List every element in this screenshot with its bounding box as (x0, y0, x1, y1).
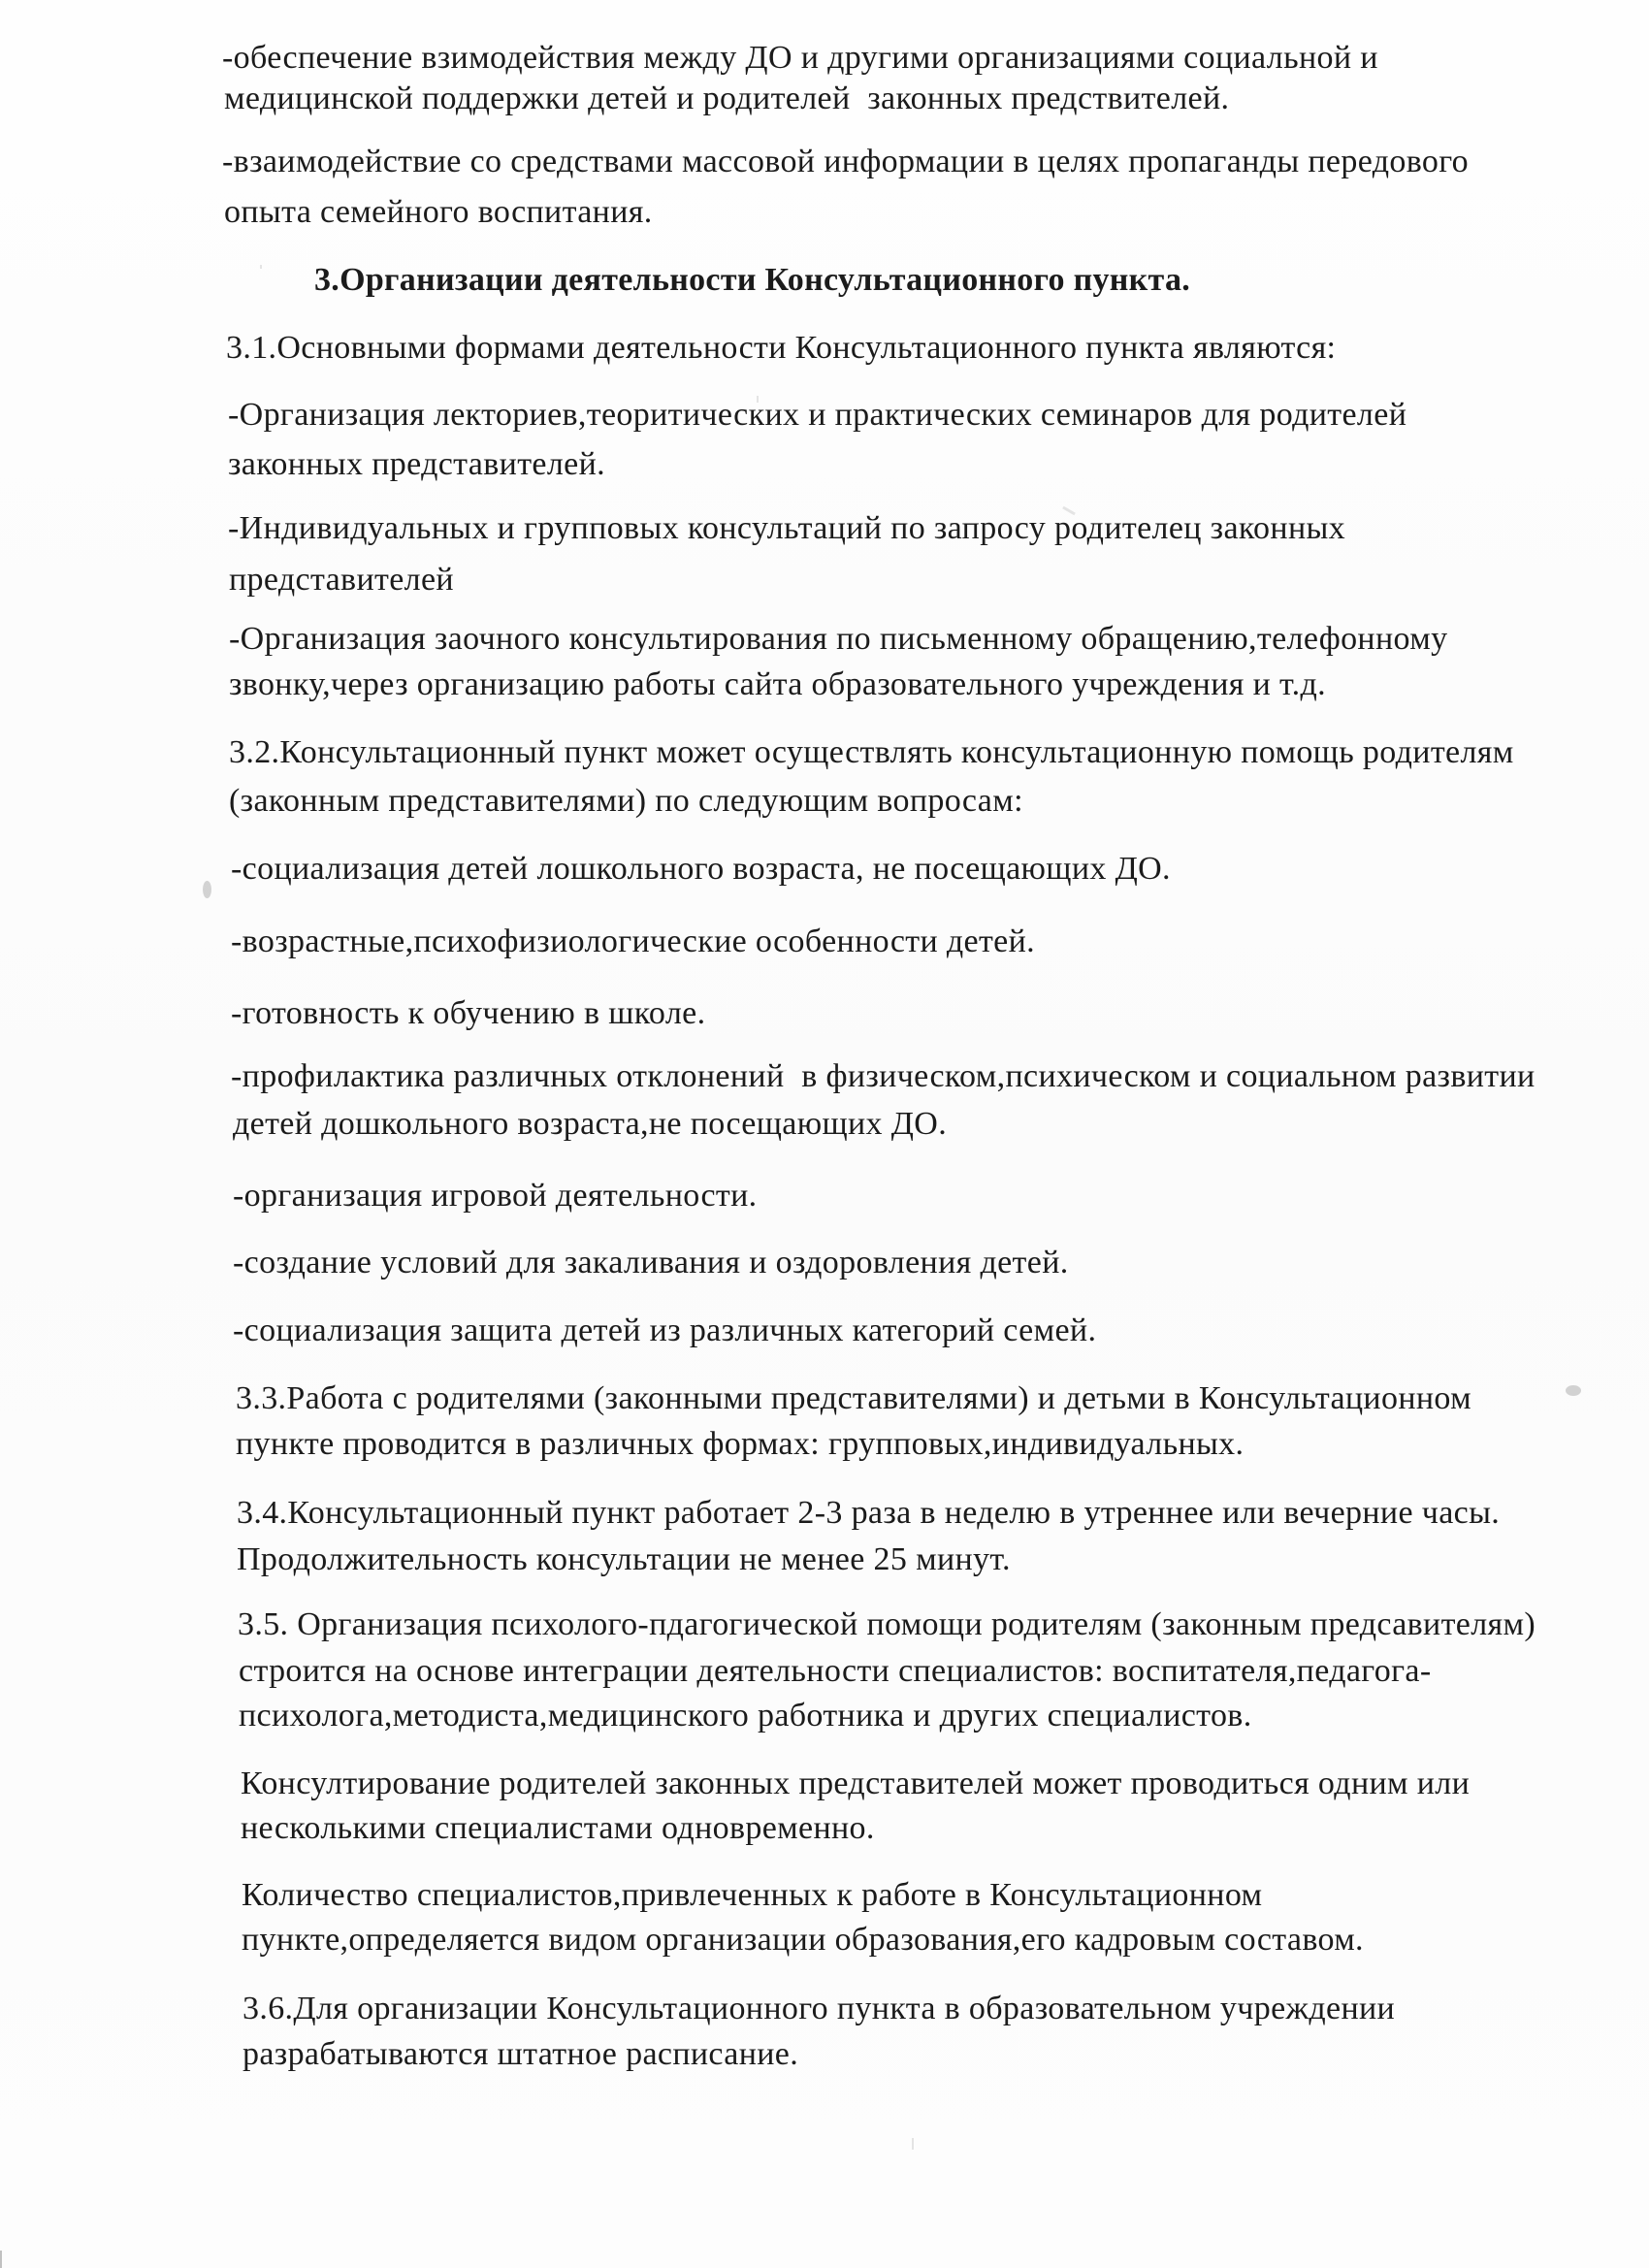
paragraph-3-4-line-2: Продолжительность консультации не менее … (237, 1540, 1011, 1579)
paragraph-3-5-line-1: 3.5. Организация психолого-пдагогической… (238, 1605, 1536, 1644)
list-item-protection: -социализация защита детей из различных … (233, 1312, 1096, 1350)
scan-mark (260, 265, 262, 269)
list-item-school-readiness: -готовность к обучению в школе. (231, 994, 705, 1033)
paragraph-3-3-line-2: пункте проводится в различных формах: гр… (236, 1425, 1244, 1464)
list-item-remote-line-2: звонку,через организацию работы сайта об… (229, 665, 1326, 704)
paragraph-3-2-line-2: (законным представителями) по следующим … (229, 782, 1023, 821)
list-item-remote-line-1: -Организация заочного консультирования п… (229, 620, 1447, 659)
paragraph-consulting-line-1: Консултирование родителей законных предс… (241, 1765, 1470, 1803)
scan-edge (0, 2251, 2, 2268)
list-item-prevention-line-1: -профилактика различных отклонений в физ… (231, 1057, 1536, 1096)
list-item-consultations-line-1: -Индивидуальных и групповых консультаций… (228, 509, 1345, 548)
intro-item-2-line-2: опыта семейного воспитания. (224, 193, 653, 232)
list-item-prevention-line-2: детей дошкольного возраста,не посещающих… (233, 1105, 947, 1144)
paragraph-3-5-line-3: психолога,методиста,медицинского работни… (239, 1697, 1252, 1735)
paragraph-3-1-line-1: 3.1.Основными формами деятельности Консу… (226, 329, 1336, 368)
intro-item-2-line-1: -взаимодействие со средствами массовой и… (222, 143, 1469, 181)
section-heading: 3.Организации деятельности Консультацион… (314, 261, 1190, 300)
paragraph-specialists-count-line-1: Количество специалистов,привлеченных к р… (242, 1876, 1262, 1915)
list-item-health: -создание условий для закаливания и оздо… (233, 1244, 1069, 1282)
paragraph-specialists-count-line-2: пункте,определяется видом организации об… (242, 1921, 1364, 1960)
scan-mark (757, 396, 759, 403)
intro-item-1-line-2: медицинской поддержки детей и родителей … (224, 80, 1229, 118)
list-item-lectures-line-2: законных представителей. (228, 445, 605, 484)
paragraph-3-5-line-2: строится на основе интеграции деятельнос… (239, 1652, 1432, 1691)
paragraph-3-2-line-1: 3.2.Консультационный пункт может осущест… (229, 733, 1514, 772)
intro-item-1-line-1: -обеспечение взимодействия между ДО и др… (222, 39, 1378, 78)
list-item-socialization: -социализация детей лошкольного возраста… (231, 850, 1171, 889)
scanned-document-page: -обеспечение взимодействия между ДО и др… (0, 0, 1649, 2268)
list-item-play-activity: -организация игровой деятельности. (233, 1177, 758, 1215)
list-item-consultations-line-2: представителей (229, 561, 454, 599)
paragraph-3-6-line-1: 3.6.Для организации Консультационного пу… (242, 1990, 1395, 2028)
paragraph-3-3-line-1: 3.3.Работа с родителями (законными предс… (236, 1379, 1471, 1418)
paragraph-3-4-line-1: 3.4.Консультационный пункт работает 2-3 … (237, 1494, 1500, 1533)
paragraph-3-6-line-2: разрабатываются штатное расписание. (242, 2035, 798, 2074)
paragraph-consulting-line-2: несколькими специалистами одновременно. (241, 1809, 875, 1848)
scan-mark (912, 2138, 914, 2150)
list-item-lectures-line-1: -Организация лекториев,теоритических и п… (228, 396, 1406, 435)
list-item-age-features: -возрастные,психофизиологические особенн… (231, 923, 1035, 961)
scan-speck (1566, 1385, 1581, 1396)
scan-speck (203, 881, 211, 898)
